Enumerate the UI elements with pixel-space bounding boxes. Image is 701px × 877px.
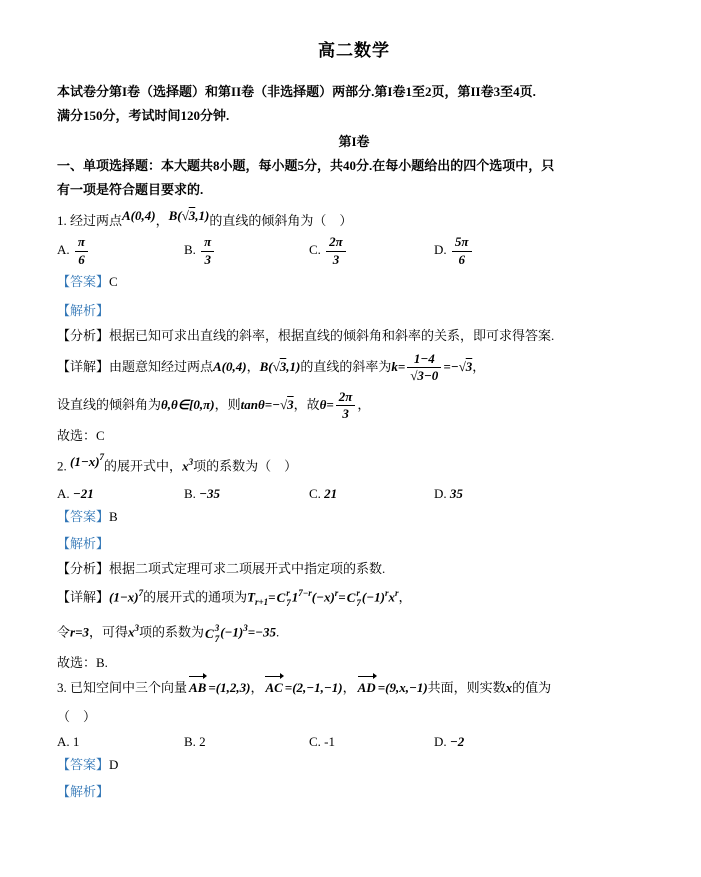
part-title: 第I卷 — [57, 133, 651, 150]
fraction-numerator: 5π — [452, 235, 472, 251]
question-2-analysis: 【分析】根据二项式定理可求二项展开式中指定项的系数. — [57, 560, 651, 577]
radical: √3 — [273, 359, 287, 374]
text-run: ， — [398, 589, 411, 604]
exam-title: 高二数学 — [57, 42, 651, 59]
text-run: 【答案】 — [57, 274, 109, 289]
text-run: k= — [391, 359, 405, 374]
question-1-choose: 故选：C — [57, 427, 651, 444]
text-run: ，可得 — [89, 625, 128, 640]
text-run: T — [247, 589, 255, 604]
option-c: C. 2π3 — [309, 235, 434, 267]
option-a: A. π6 — [57, 235, 184, 267]
section-header-line1: 一、单项选择题：本大题共8小题，每小题5分，共40分.在每小题给出的四个选项中，… — [57, 157, 651, 174]
superscript: 7−r — [298, 588, 311, 598]
fraction: 2π3 — [336, 390, 356, 422]
question-2-detail-line2: 令r=3，可得x3项的系数为C37(−1)3=−35. — [57, 620, 651, 644]
text-run: ， — [343, 680, 356, 695]
exam-intro-line1: 本试卷分第I卷（选择题）和第II卷（非选择题）两部分.第I卷1至2页，第II卷3… — [57, 83, 651, 100]
script-base: C — [347, 589, 356, 606]
binomial-coefficient: C37 — [205, 623, 219, 644]
text-run: B( — [260, 359, 273, 374]
text-run: (−x) — [312, 589, 335, 604]
exam-page: 高二数学 本试卷分第I卷（选择题）和第II卷（非选择题）两部分.第I卷1至2页，… — [0, 0, 701, 877]
option-c: C. -1 — [309, 733, 434, 750]
text-run: D — [109, 757, 118, 772]
text-run: A(0,4) — [213, 359, 247, 374]
text-run: A. — [57, 486, 73, 501]
option-b: B. −35 — [184, 485, 309, 502]
text-run: 设直线的倾斜角为 — [57, 396, 161, 411]
text-run: 的值为 — [512, 680, 551, 695]
fraction-denominator: 6 — [452, 252, 472, 267]
text-run: ,1) — [195, 208, 209, 223]
radical-sign: √ — [459, 359, 466, 374]
subscript: 7 — [356, 598, 361, 608]
text-run: C. — [309, 486, 324, 501]
text-run: 令 — [57, 625, 70, 640]
text-run: 【答案】 — [57, 509, 109, 524]
text-run: (1−x) — [70, 454, 100, 469]
text-run: 的直线的倾斜角为（ ） — [209, 213, 352, 228]
text-run: 【详解】 — [57, 589, 109, 604]
text-run: 1. 经过两点 — [57, 213, 122, 228]
text-run: B. — [184, 242, 199, 257]
radical: √3 — [182, 208, 196, 223]
fraction: π6 — [75, 235, 88, 267]
text-run: C — [109, 274, 118, 289]
question-3-stem: 3. 已知空间中三个向量AB=(1,2,3)，AC=(2,−1,−1)，AD=(… — [57, 679, 651, 696]
subscript: 7 — [215, 634, 220, 644]
question-2-analysis-title: 【解析】 — [57, 535, 651, 552]
superscript: r — [286, 588, 291, 598]
text-run: =(1,2,3) — [208, 680, 250, 695]
text-run: r=3 — [70, 625, 89, 640]
radical-sign: √ — [182, 208, 189, 223]
text-run: =− — [443, 359, 458, 374]
text-run: = — [338, 589, 345, 604]
fraction-numerator: π — [201, 235, 214, 251]
question-1-detail-line2: 设直线的倾斜角为θ,θ∈[0,π)，则tanθ=−√3，故θ=2π3， — [57, 390, 651, 422]
text-run: ， — [250, 680, 263, 695]
question-1-analysis: 【分析】根据已知可求出直线的斜率，根据直线的倾斜角和斜率的关系，即可求得答案. — [57, 327, 651, 344]
text-run: B( — [169, 208, 182, 223]
question-2-answer: 【答案】B — [57, 508, 651, 525]
question-2-options: A. −21 B. −35 C. 21 D. 35 — [57, 485, 651, 502]
script-base: C — [205, 625, 214, 642]
section-header-line2: 有一项是符合题目要求的. — [57, 181, 651, 198]
text-run: tanθ=− — [241, 396, 280, 411]
text-run: D. — [434, 734, 450, 749]
question-2-choose: 故选：B. — [57, 654, 651, 671]
text-run: B — [109, 509, 118, 524]
text-run: −2 — [450, 734, 464, 749]
script-column: r7 — [356, 588, 361, 609]
text-run: 【解析】 — [57, 303, 109, 318]
question-1-answer: 【答案】C — [57, 273, 651, 290]
text-run: C. — [309, 242, 324, 257]
fraction-denominator: √3−0 — [407, 368, 441, 383]
text-run: C. -1 — [309, 734, 335, 749]
option-d: D. −2 — [434, 733, 651, 750]
fraction-numerator: 1−4 — [407, 352, 441, 368]
text-run: 的展开式中， — [104, 459, 182, 474]
subscript: 7 — [286, 598, 291, 608]
question-1-options: A. π6 B. π3 C. 2π3 D. 5π6 — [57, 235, 651, 267]
text-run: . — [276, 625, 279, 640]
text-run: ， — [472, 359, 485, 374]
text-run: 【答案】 — [57, 757, 109, 772]
text-run: 3. 已知空间中三个向量 — [57, 680, 187, 695]
script-column: 37 — [215, 623, 220, 644]
text-run: ， — [156, 213, 169, 228]
superscript: 7 — [100, 452, 105, 462]
question-2-detail-line1: 【详解】(1−x)7的展开式的通项为Tr+1=Cr717−r(−x)r=Cr7(… — [57, 585, 651, 611]
fraction-numerator: 2π — [336, 390, 356, 406]
question-2-stem: 2. (1−x)7的展开式中，x3项的系数为（ ） — [57, 454, 651, 474]
text-run: ，故 — [294, 396, 320, 411]
binomial-coefficient: Cr7 — [347, 588, 361, 609]
fraction-denominator: 3 — [326, 252, 346, 267]
fraction: 1−4√3−0 — [407, 352, 441, 384]
text-run: ， — [247, 359, 260, 374]
question-3-answer: 【答案】D — [57, 756, 651, 773]
text-run: −21 — [73, 486, 94, 501]
text-run: ，则 — [215, 396, 241, 411]
text-run: = — [268, 589, 275, 604]
text-run: 【分析】根据已知可求出直线的斜率，根据直线的倾斜角和斜率的关系，即可求得答案. — [57, 328, 554, 343]
question-3-analysis-title: 【解析】 — [57, 783, 651, 800]
option-b: B. π3 — [184, 235, 309, 267]
text-run: D. — [434, 486, 450, 501]
text-run: θ= — [320, 396, 334, 411]
text-run: 【详解】由题意知经过两点 — [57, 359, 213, 374]
text-run: 【分析】根据二项式定理可求二项展开式中指定项的系数. — [57, 561, 385, 576]
question-1-analysis-title: 【解析】 — [57, 302, 651, 319]
fraction: π3 — [201, 235, 214, 267]
fraction-denominator: 6 — [75, 252, 88, 267]
script-column: r7 — [286, 588, 291, 609]
text-run: 故选：C — [57, 428, 105, 443]
text-run: −35 — [199, 486, 220, 501]
exam-intro-line2: 满分150分，考试时间120分钟. — [57, 107, 651, 124]
text-run: 【解析】 — [57, 784, 109, 799]
binomial-coefficient: Cr7 — [277, 588, 291, 609]
option-a: A. 1 — [57, 733, 184, 750]
text-run: 项的系数为（ ） — [193, 459, 297, 474]
question-3-options: A. 1 B. 2 C. -1 D. −2 — [57, 733, 651, 750]
question-1-stem: 1. 经过两点A(0,4)，B(√3,1)的直线的倾斜角为（ ） — [57, 212, 651, 229]
vector-with-arrow: AC — [264, 679, 283, 696]
superscript: r — [356, 588, 361, 598]
fraction-numerator: π — [75, 235, 88, 251]
text-run: 的直线的斜率为 — [300, 359, 391, 374]
text-run: 21 — [324, 486, 337, 501]
text-run: D. — [434, 242, 450, 257]
text-run: =(2,−1,−1) — [285, 680, 343, 695]
question-1-detail-line1: 【详解】由题意知经过两点A(0,4)，B(√3,1)的直线的斜率为k=1−4√3… — [57, 352, 651, 384]
fraction: 5π6 — [452, 235, 472, 267]
option-c: C. 21 — [309, 485, 434, 502]
option-b: B. 2 — [184, 733, 309, 750]
vector-with-arrow: AB — [188, 679, 207, 696]
text-run: 【解析】 — [57, 536, 109, 551]
fraction-denominator: 3 — [336, 406, 356, 421]
text-run: ， — [357, 396, 370, 411]
text-run: B. 2 — [184, 734, 206, 749]
text-run: 35 — [450, 486, 463, 501]
text-run: （ ） — [57, 709, 96, 724]
text-run: A. 1 — [57, 734, 79, 749]
subscript: r+1 — [255, 596, 268, 606]
fraction-numerator: 2π — [326, 235, 346, 251]
text-run: (1−x) — [109, 589, 139, 604]
text-run: 故选：B. — [57, 655, 108, 670]
text-run: B. — [184, 486, 199, 501]
text-run: 2. — [57, 459, 70, 474]
script-base: C — [277, 589, 286, 606]
option-d: D. 5π6 — [434, 235, 651, 267]
option-d: D. 35 — [434, 485, 651, 502]
text-run: =−35 — [248, 625, 276, 640]
text-run: A(0,4) — [122, 208, 156, 223]
text-run: 的展开式的通项为 — [143, 589, 247, 604]
radical-sign: √ — [273, 359, 280, 374]
text-run: A. — [57, 242, 73, 257]
superscript: 3 — [215, 623, 220, 633]
option-a: A. −21 — [57, 485, 184, 502]
text-run: θ,θ∈[0,π) — [161, 396, 215, 411]
radical: √3 — [459, 359, 473, 374]
radical: √3 — [280, 396, 294, 411]
text-run: (−1) — [362, 589, 385, 604]
text-run: 项的系数为 — [139, 625, 204, 640]
text-run: =(9,x,−1) — [378, 680, 428, 695]
fraction-denominator: 3 — [201, 252, 214, 267]
text-run: ,1) — [286, 359, 300, 374]
text-run: 共面，则实数 — [428, 680, 506, 695]
question-3-paren: （ ） — [57, 708, 651, 725]
fraction: 2π3 — [326, 235, 346, 267]
text-run: (−1) — [220, 625, 243, 640]
vector-with-arrow: AD — [357, 679, 377, 696]
